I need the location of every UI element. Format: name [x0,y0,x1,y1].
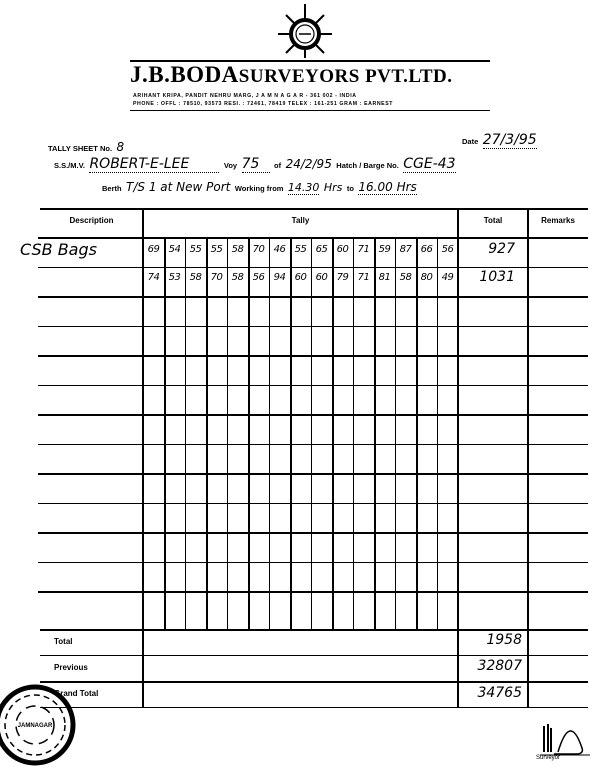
grid-line [185,238,186,629]
tally-cell: 94 [269,272,290,283]
grid-line [206,238,208,629]
tally-cell: 54 [164,244,185,255]
grid-line [38,414,588,416]
berth-value: T/S 1 at New Port [126,180,230,194]
company-name: J.B.BODASURVEYORS PVT.LTD. [130,62,490,88]
footer-total-value: 1958 [462,632,522,648]
footer-previous-value: 32807 [462,658,522,674]
footer-total-label: Total [54,637,73,646]
grid-line [38,473,588,475]
company-seal-stamp-icon: JAMNAGAR [0,684,76,766]
tally-cell: 46 [269,244,290,255]
grid-line [38,237,588,239]
company-phone: PHONE : OFFL : 78510, 93573 RESI. : 7246… [133,101,393,107]
grid-line [395,238,396,629]
header-bottom-rule [130,110,490,111]
tally-cell: 58 [227,244,248,255]
of-value: 24/2/95 [286,157,332,171]
grid-line [38,326,588,327]
tally-sheet-number: 8 [117,140,125,154]
tally-cell: 74 [143,272,164,283]
tally-cell: 55 [185,244,206,255]
hatch-label: Hatch / Barge No. [336,161,399,170]
tally-cell: 60 [332,244,353,255]
ship-wheel-logo-icon [270,2,340,60]
tally-cell: 60 [290,272,311,283]
grid-line [416,238,418,629]
grid-line [40,629,588,631]
voy-value: 75 [242,156,270,173]
grid-line [38,503,588,504]
grid-line [38,267,588,268]
grid-line [527,208,529,708]
grid-line [164,238,166,629]
grid-line [290,238,292,629]
to-label: to [347,184,354,193]
column-header-remarks: Remarks [528,216,588,225]
vessel-prefix-label: S.S./M.V. [54,161,85,170]
tally-cell: 80 [416,272,437,283]
grid-line [40,707,588,708]
tally-sheet-field: TALLY SHEET No. 8 [48,138,124,156]
grid-line [40,655,588,656]
grid-line [38,444,588,445]
tally-cell: 70 [248,244,269,255]
company-name-rest: SURVEYORS PVT.LTD. [239,66,453,87]
berth-label: Berth [102,184,122,193]
grid-line [142,208,144,708]
tally-cell: 55 [290,244,311,255]
surveyor-label: Surveyor [536,755,560,761]
column-header-description: Description [40,216,143,225]
voy-label: Voy [224,161,237,170]
hrs-label: Hrs [324,181,343,194]
grid-line [437,238,438,629]
grid-line [38,532,588,534]
tally-cell: 87 [395,244,416,255]
date-value: 27/3/95 [483,132,537,149]
grid-line [353,238,354,629]
vessel-name: ROBERT-E-LEE [89,156,219,173]
grid-line [332,238,334,629]
working-from-label: Working from [235,184,284,193]
row-total: 1031 [455,269,515,285]
company-name-main: J.B.BODA [130,62,239,87]
tally-cell: 58 [227,272,248,283]
to-value: 16.00 Hrs [358,180,416,195]
grid-line [269,238,270,629]
grid-line [374,238,376,629]
footer-grand-total-value: 34765 [462,685,522,701]
grid-line [38,385,588,386]
grid-line [40,208,588,210]
tally-cell: 71 [353,244,374,255]
of-label: of [274,161,281,170]
working-from-value: 14.30 [288,181,320,195]
column-header-total: Total [458,216,528,225]
company-address: ARIHANT KRIPA, PANDIT NEHRU MARG, J A M … [133,93,357,99]
tally-cell: 79 [332,272,353,283]
svg-text:JAMNAGAR: JAMNAGAR [18,723,53,729]
grid-line [40,681,588,683]
tally-cell: 56 [248,272,269,283]
grid-line [38,296,588,298]
tally-cell: 65 [311,244,332,255]
vessel-line: S.S./M.V. ROBERT-E-LEE Voy 75 of 24/2/95… [54,155,456,173]
row-description: CSB Bags [20,240,97,259]
tally-cell: 58 [185,272,206,283]
grid-line [38,355,588,357]
tally-cell: 58 [395,272,416,283]
tally-cell: 69 [143,244,164,255]
hatch-value: CGE-43 [403,156,455,173]
tally-cell: 70 [206,272,227,283]
row-total: 927 [455,241,515,257]
tally-cell: 71 [353,272,374,283]
date-field: Date 27/3/95 [462,131,537,149]
grid-line [38,591,588,593]
grid-line [38,562,588,563]
footer-previous-label: Previous [54,663,88,672]
tally-cell: 60 [311,272,332,283]
column-header-tally: Tally [143,216,458,225]
berth-line: Berth T/S 1 at New Port Working from 14.… [102,178,417,196]
tally-cell: 59 [374,244,395,255]
tally-sheet-label: TALLY SHEET No. [48,144,112,153]
grid-line [227,238,228,629]
tally-cell: 66 [416,244,437,255]
tally-cell: 53 [164,272,185,283]
grid-line [248,238,250,629]
tally-cell: 55 [206,244,227,255]
grid-line [311,238,312,629]
date-label: Date [462,137,478,146]
tally-cell: 81 [374,272,395,283]
